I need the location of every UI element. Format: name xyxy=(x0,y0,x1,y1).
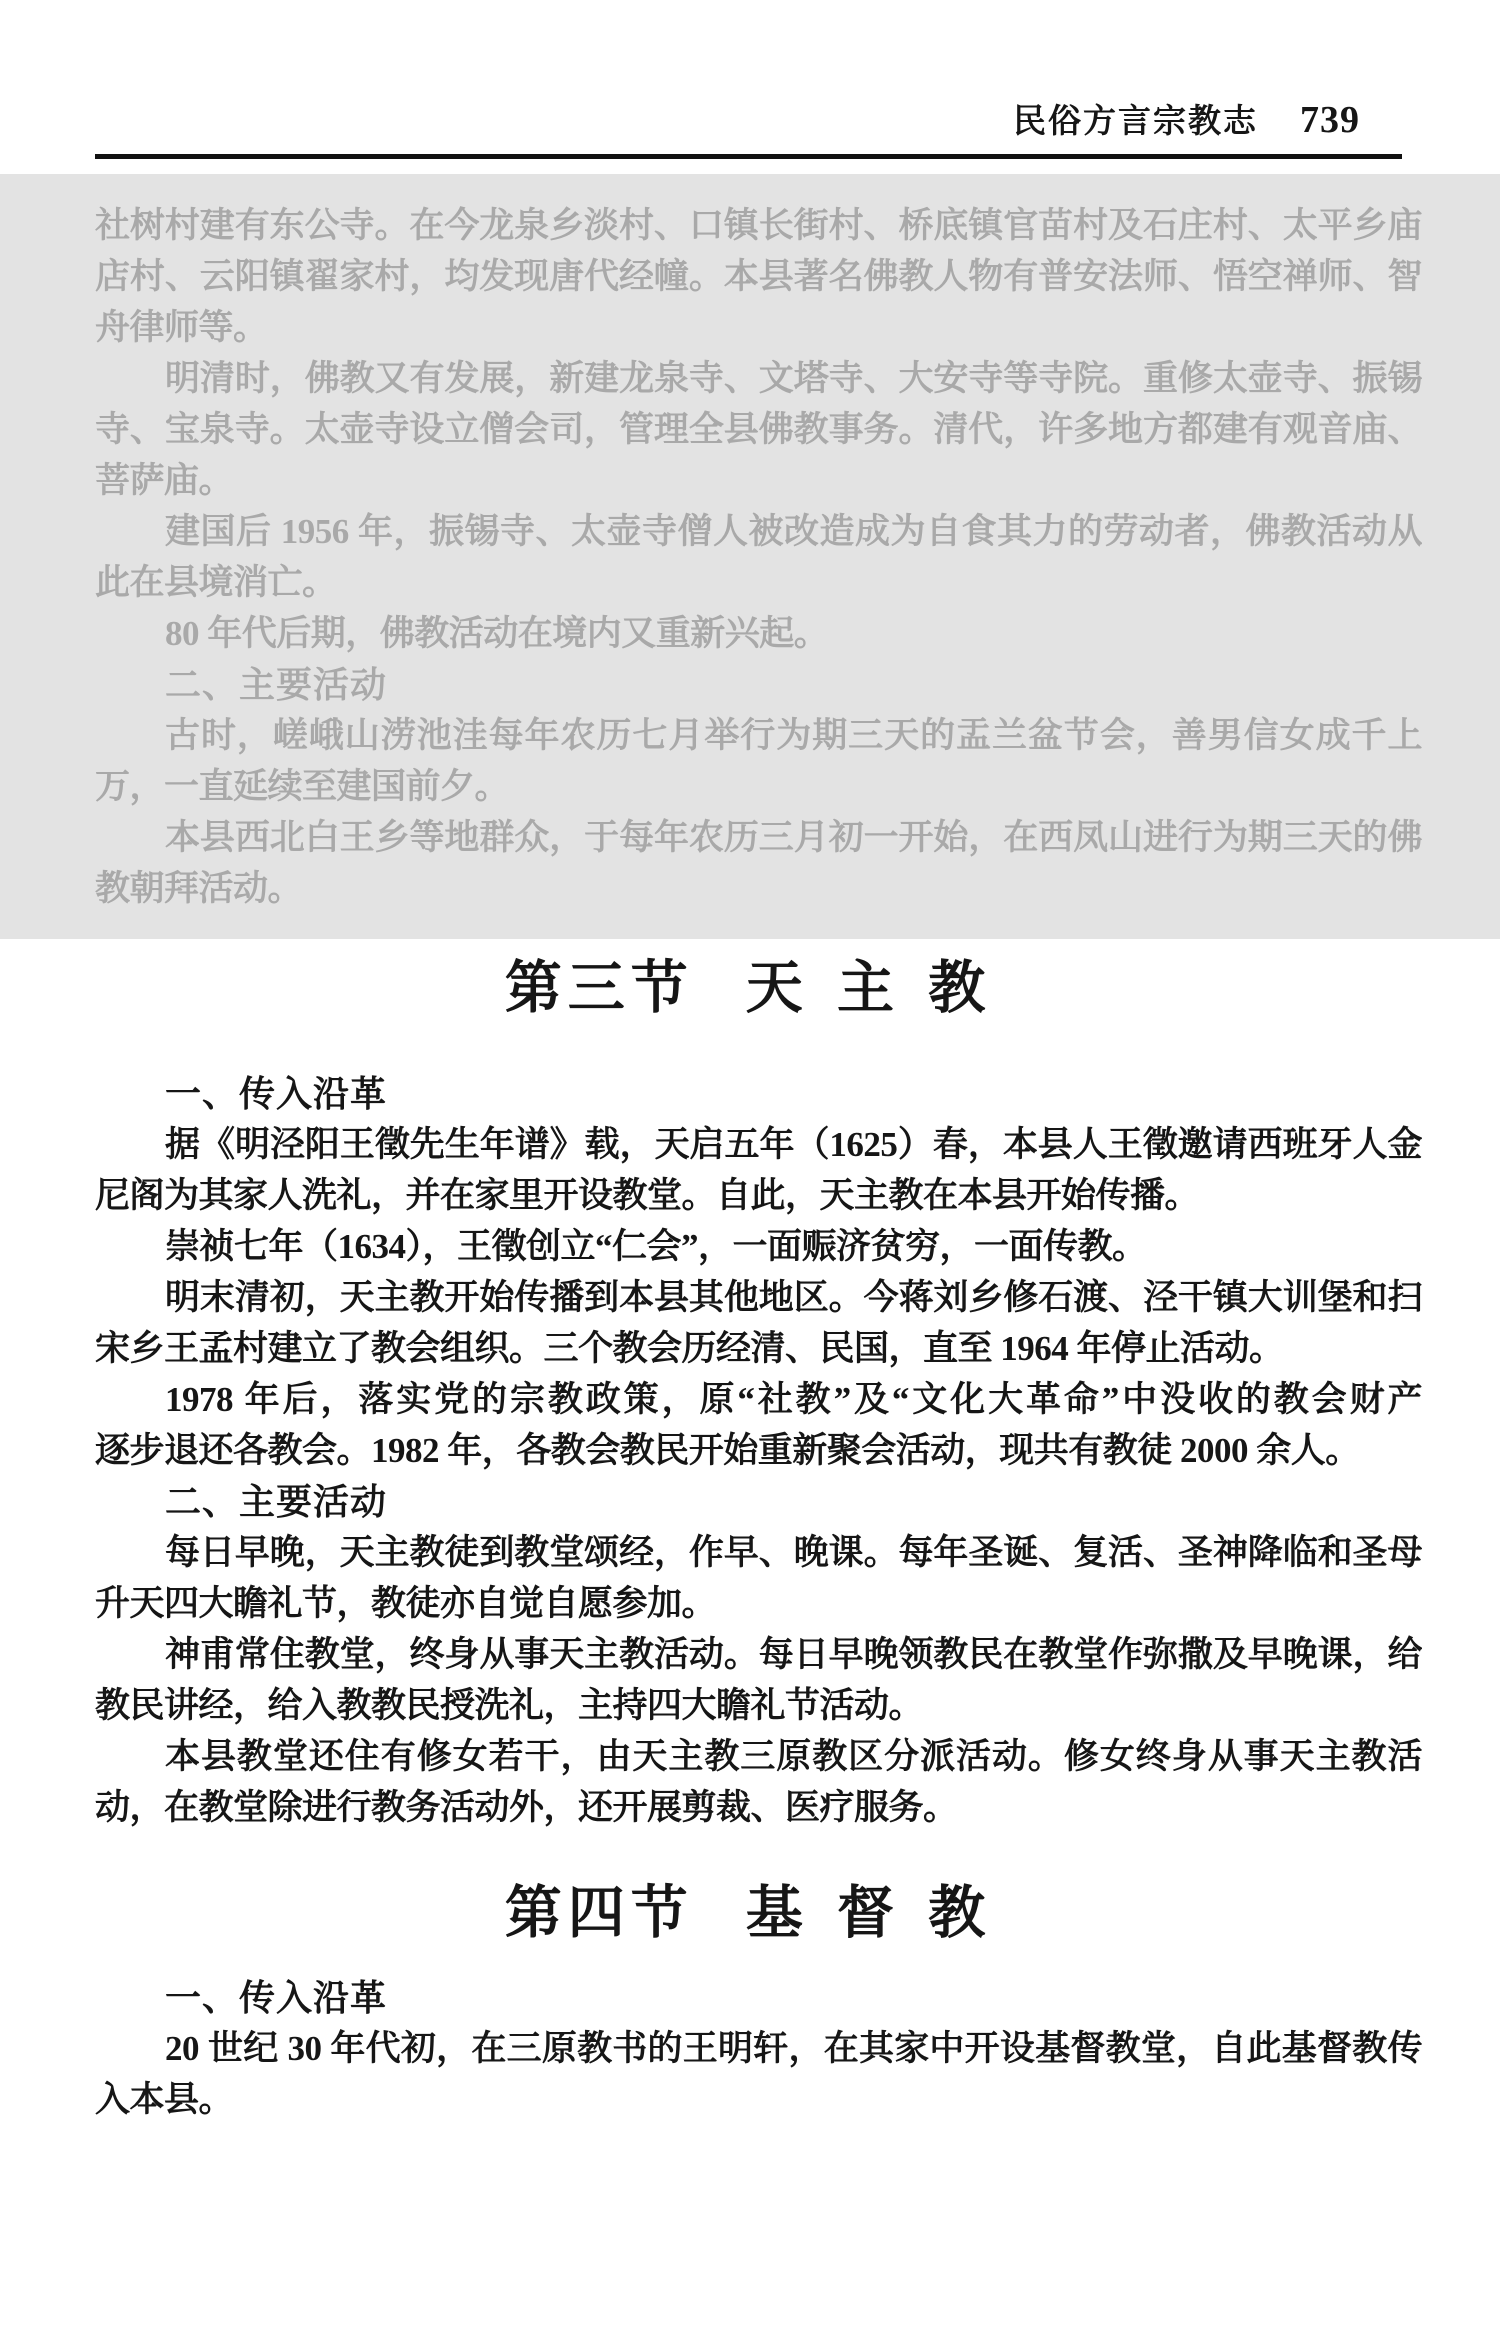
text-line: 店村、云阳镇翟家村，均发现唐代经幢。本县著名佛教人物有普安法师、悟空禅师、智 xyxy=(95,251,1422,302)
section-body-catholicism: 一、传入沿革据《明泾阳王徵先生年谱》载，天启五年（1625）春，本县人王徵邀请西… xyxy=(95,1068,1422,1833)
page-number: 739 xyxy=(1300,99,1360,141)
text-line: 明清时，佛教又有发展，新建龙泉寺、文塔寺、大安寺等寺院。重修太壶寺、振锡 xyxy=(95,353,1422,404)
text-line: 1978 年后，落实党的宗教政策，原“社教”及“文化大革命”中没收的教会财产 xyxy=(95,1374,1422,1425)
text-line: 本县教堂还住有修女若干，由天主教三原教区分派活动。修女终身从事天主教活 xyxy=(95,1731,1422,1782)
text-line: 教民讲经，给入教教民授洗礼，主持四大瞻礼节活动。 xyxy=(95,1680,1422,1731)
text-line: 万，一直延续至建国前夕。 xyxy=(95,761,1422,812)
page-header: 民俗方言宗教志739 xyxy=(95,100,1360,148)
text-line: 此在县境消亡。 xyxy=(95,557,1422,608)
text-line: 神甫常住教堂，终身从事天主教活动。每日早晚领教民在教堂作弥撒及早晚课，给 xyxy=(95,1629,1422,1680)
running-head-title: 民俗方言宗教志 xyxy=(1013,102,1258,139)
text-line: 明末清初，天主教开始传播到本县其他地区。今蒋刘乡修石渡、泾干镇大训堡和扫 xyxy=(95,1272,1422,1323)
faded-lines-container: 社树村建有东公寺。在今龙泉乡淡村、口镇长街村、桥底镇官苗村及石庄村、太平乡庙店村… xyxy=(95,200,1422,914)
text-line: 宋乡王孟村建立了教会组织。三个教会历经清、民国，直至 1964 年停止活动。 xyxy=(95,1323,1422,1374)
text-line: 本县西北白王乡等地群众，于每年农历三月初一开始，在西凤山进行为期三天的佛 xyxy=(95,812,1422,863)
text-line: 每日早晚，天主教徒到教堂颂经，作早、晚课。每年圣诞、复活、圣神降临和圣母 xyxy=(95,1527,1422,1578)
section-body-christianity: 一、传入沿革20 世纪 30 年代初，在三原教书的王明轩，在其家中开设基督教堂，… xyxy=(95,1972,1422,2125)
text-line: 尼阁为其家人洗礼，并在家里开设教堂。自此，天主教在本县开始传播。 xyxy=(95,1170,1422,1221)
section-title: 天 主 教 xyxy=(746,957,996,1020)
text-line: 菩萨庙。 xyxy=(95,455,1422,506)
subheading-line: 二、主要活动 xyxy=(95,1476,1422,1527)
section-title: 基 督 教 xyxy=(746,1882,996,1945)
section-heading-christianity: 第四节基 督 教 xyxy=(0,1883,1500,1945)
header-rule xyxy=(95,154,1402,159)
text-line: 动，在教堂除进行教务活动外，还开展剪裁、医疗服务。 xyxy=(95,1782,1422,1833)
text-line: 寺、宝泉寺。太壶寺设立僧会司，管理全县佛教事务。清代，许多地方都建有观音庙、 xyxy=(95,404,1422,455)
section-number: 第四节 xyxy=(505,1882,694,1945)
text-line: 古时，嵯峨山涝池洼每年农历七月举行为期三天的盂兰盆节会，善男信女成千上 xyxy=(95,710,1422,761)
subheading-line: 一、传入沿革 xyxy=(95,1972,1422,2023)
subheading-line: 一、传入沿革 xyxy=(95,1068,1422,1119)
text-line: 建国后 1956 年，振锡寺、太壶寺僧人被改造成为自食其力的劳动者，佛教活动从 xyxy=(95,506,1422,557)
text-line: 舟律师等。 xyxy=(95,302,1422,353)
text-line: 20 世纪 30 年代初，在三原教书的王明轩，在其家中开设基督教堂，自此基督教传 xyxy=(95,2023,1422,2074)
section-number: 第三节 xyxy=(505,957,694,1020)
text-line: 升天四大瞻礼节，教徒亦自觉自愿参加。 xyxy=(95,1578,1422,1629)
text-line: 据《明泾阳王徵先生年谱》载，天启五年（1625）春，本县人王徵邀请西班牙人金 xyxy=(95,1119,1422,1170)
subheading-line: 二、主要活动 xyxy=(95,659,1422,710)
text-line: 80 年代后期，佛教活动在境内又重新兴起。 xyxy=(95,608,1422,659)
text-line: 入本县。 xyxy=(95,2074,1422,2125)
text-line: 教朝拜活动。 xyxy=(95,863,1422,914)
faded-previous-section: 社树村建有东公寺。在今龙泉乡淡村、口镇长街村、桥底镇官苗村及石庄村、太平乡庙店村… xyxy=(0,174,1500,939)
text-line: 社树村建有东公寺。在今龙泉乡淡村、口镇长街村、桥底镇官苗村及石庄村、太平乡庙 xyxy=(95,200,1422,251)
text-line: 崇祯七年（1634），王徵创立“仁会”，一面赈济贫穷，一面传教。 xyxy=(95,1221,1422,1272)
section-heading-catholicism: 第三节天 主 教 xyxy=(0,958,1500,1020)
text-line: 逐步退还各教会。1982 年，各教会教民开始重新聚会活动，现共有教徒 2000 … xyxy=(95,1425,1422,1476)
